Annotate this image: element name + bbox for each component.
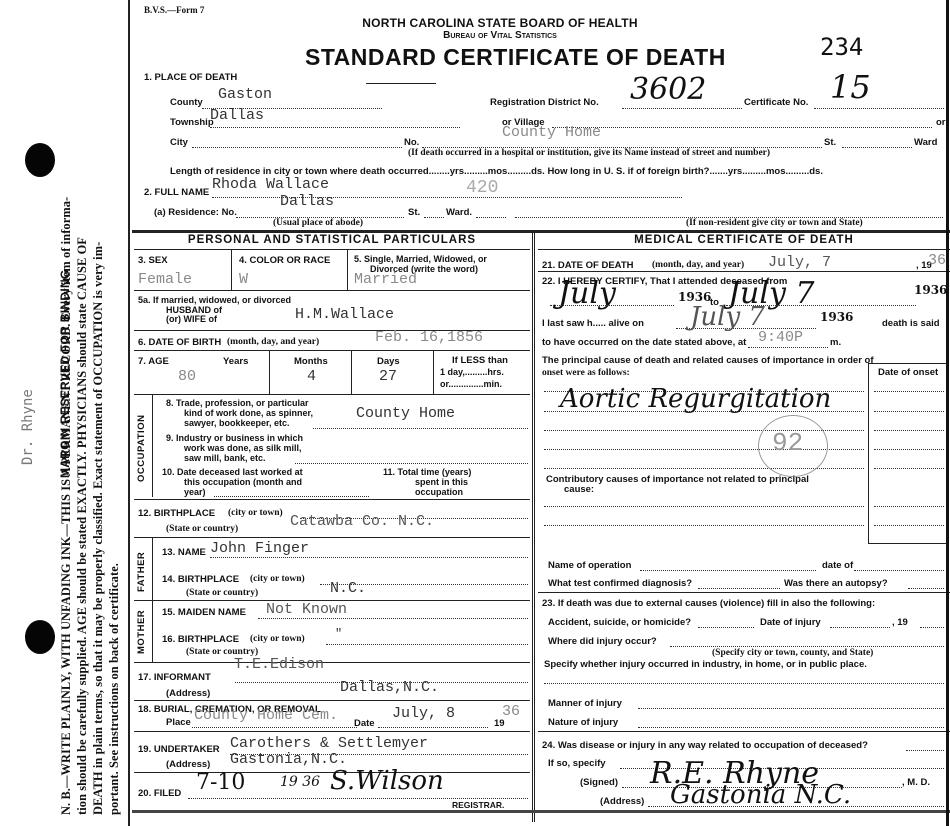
test-line	[698, 588, 780, 589]
principal-cause-label: The principal cause of death and related…	[542, 355, 874, 366]
last-worked-label-3: year)	[184, 487, 206, 497]
mother-name-value[interactable]: Not Known	[266, 601, 347, 618]
reg-district-line	[622, 108, 742, 109]
filed-line	[188, 798, 528, 799]
manner-label: Manner of injury	[548, 698, 622, 709]
occurred-label: to have occurred on the date stated abov…	[542, 337, 746, 348]
total-time-label-2: spent in this	[415, 477, 468, 487]
last-saw-label: I last saw h..... alive on	[542, 318, 644, 329]
county-label: County	[170, 97, 203, 108]
less-than-label: If LESS than	[452, 355, 508, 366]
time-line	[748, 347, 828, 348]
burial-date-value[interactable]: July, 8	[392, 705, 455, 722]
reg-district-value[interactable]: 3602	[630, 72, 706, 107]
operation-date-line	[854, 570, 944, 571]
file-stamp: 420	[466, 178, 498, 198]
ward-line	[842, 147, 912, 148]
city-town-label: (city or town)	[228, 508, 283, 518]
or-label: or	[936, 117, 946, 128]
binding-margin: N. B.—WRITE PLAINLY, WITH UNFADING INK—T…	[0, 0, 128, 826]
divider	[868, 363, 948, 364]
operation-line	[640, 570, 816, 571]
operation-label: Name of operation	[548, 560, 631, 571]
autopsy-line	[908, 588, 944, 589]
accident-line	[698, 627, 754, 628]
total-time-label-3: occupation	[415, 487, 463, 497]
ward-label: Ward	[914, 137, 937, 148]
instructions-line: DEATH in plain terms, so that it may be …	[90, 197, 106, 815]
father-side-label: FATHER	[136, 552, 147, 592]
divider	[351, 351, 352, 395]
marital-value[interactable]: Married	[354, 271, 417, 288]
informant-value[interactable]: T.E.Edison	[234, 656, 324, 673]
instructions-line: portant. See instructions on back of cer…	[106, 197, 122, 815]
bureau-name: Bureau of Vital Statistics	[130, 30, 830, 41]
mother-birthplace-line	[326, 644, 528, 645]
residence-st-line	[424, 217, 444, 218]
mother-side-label: MOTHER	[136, 610, 147, 654]
divider	[231, 250, 232, 290]
institution-value[interactable]: County Home	[502, 124, 601, 141]
injury-year-line	[920, 627, 944, 628]
dod-label: 21. DATE OF DEATH	[542, 260, 634, 271]
injury-date-line	[830, 627, 890, 628]
death-said-label: death is said	[882, 318, 940, 329]
age-months-value[interactable]: 4	[307, 368, 316, 385]
birthplace-label: 12. BIRTHPLACE	[138, 508, 215, 519]
divider	[134, 394, 530, 395]
agency-name: NORTH CAROLINA STATE BOARD OF HEALTH	[130, 16, 830, 30]
time-value[interactable]: 9:40P	[758, 329, 803, 346]
trade-value[interactable]: County Home	[356, 405, 455, 422]
minutes-label: or..............min.	[440, 379, 502, 389]
spouse-label-3: (or) WIFE of	[166, 314, 217, 324]
industry-label: 9. Industry or business in which	[166, 433, 303, 443]
m-label: m.	[830, 337, 841, 348]
stamp-number: 234	[820, 33, 863, 61]
undertaker-label: 19. UNDERTAKER	[138, 744, 220, 755]
trade-label-3: sawyer, bookkeeper, etc.	[184, 418, 290, 428]
township-value[interactable]: Dallas	[210, 107, 264, 124]
divider	[868, 543, 948, 544]
contributory-label-2: cause:	[564, 484, 594, 495]
registrar-label: REGISTRAR.	[452, 800, 504, 810]
attended-from-line	[550, 305, 674, 306]
years-label: Years	[223, 356, 248, 367]
place-of-death-label: 1. PLACE OF DEATH	[144, 72, 237, 83]
specify-injury-label: Specify whether injury occurred in indus…	[544, 659, 867, 670]
md-label: , M. D.	[902, 777, 930, 788]
to-year-value[interactable]: 1936	[914, 283, 947, 297]
test-label: What test confirmed diagnosis?	[548, 578, 692, 589]
informant-label: 17. INFORMANT	[138, 672, 211, 683]
informant-address-value[interactable]: Dallas,N.C.	[340, 679, 439, 696]
total-time-label: 11. Total time (years)	[383, 467, 471, 477]
divider	[134, 700, 530, 701]
burial-date-line	[378, 727, 488, 728]
trade-label-2: kind of work done, as spinner,	[184, 408, 313, 418]
onset-line	[874, 506, 944, 507]
filed-date-value[interactable]: 7-10	[196, 770, 245, 795]
divider	[134, 290, 530, 291]
marital-label: 5. Single, Married, Widowed, or	[354, 254, 487, 264]
city-line	[192, 147, 402, 148]
father-state-country-label: (State or country)	[186, 588, 258, 598]
manner-line	[638, 708, 944, 709]
reg-district-label: Registration District No.	[490, 97, 599, 108]
autopsy-label: Was there an autopsy?	[784, 578, 888, 589]
divider	[134, 350, 530, 351]
divider	[538, 271, 950, 272]
operation-date-label: date of	[822, 560, 853, 571]
occupation-related-label: 24. Was disease or injury in any way rel…	[542, 740, 868, 751]
last-worked-line	[214, 496, 369, 497]
full-name-label: 2. FULL NAME	[144, 187, 209, 198]
father-name-value[interactable]: John Finger	[210, 540, 309, 557]
divider	[269, 351, 270, 395]
certificate-title: STANDARD CERTIFICATE OF DEATH	[305, 44, 726, 71]
instructions-line: tion should be carefully supplied. AGE s…	[74, 197, 90, 815]
filed-year-value[interactable]: 19 36	[280, 774, 320, 790]
onset-line	[874, 391, 944, 392]
binding-note: MARGIN RESERVED FOR BINDING	[58, 269, 72, 478]
accident-label: Accident, suicide, or homicide?	[548, 617, 691, 628]
where-injury-line	[670, 646, 944, 647]
dob-sub-label: (month, day, and year)	[227, 337, 319, 347]
divider	[134, 499, 530, 500]
mother-name-label: 15. MAIDEN NAME	[162, 607, 246, 618]
days-label: Days	[377, 356, 400, 367]
occupation-side-label: OCCUPATION	[136, 415, 147, 482]
onset-line	[874, 525, 944, 526]
undertaker-address-label: (Address)	[166, 759, 210, 770]
race-label: 4. COLOR OR RACE	[239, 255, 330, 266]
contributory-line	[544, 525, 864, 526]
father-name-line	[210, 557, 528, 558]
nature-line	[638, 727, 944, 728]
external-causes-label: 23. If death was due to external causes …	[542, 598, 875, 609]
injury-year-label: , 19	[892, 617, 908, 628]
onset-column-divider	[868, 363, 869, 543]
hours-label: 1 day,.........hrs.	[440, 367, 504, 377]
signed-label: (Signed)	[580, 777, 618, 788]
specify-injury-line	[544, 683, 944, 684]
mother-birthplace-value[interactable]: "	[335, 627, 342, 641]
dob-label: 6. DATE OF BIRTH	[138, 337, 221, 348]
residence-ward-label: Ward.	[446, 207, 472, 218]
age-label: 7. AGE	[138, 356, 169, 367]
trade-label: 8. Trade, profession, or particular	[166, 398, 309, 408]
father-birthplace-label: 14. BIRTHPLACE	[162, 574, 239, 585]
cause-code-value: 92	[772, 428, 803, 458]
if-so-label: If so, specify	[548, 758, 606, 769]
box-top	[132, 230, 950, 233]
burial-place-label: Place	[166, 717, 191, 728]
birthplace-value[interactable]: Catawba Co. N.C.	[290, 513, 434, 530]
onset-line	[874, 411, 944, 412]
mother-birthplace-label: 16. BIRTHPLACE	[162, 634, 239, 645]
principal-cause-label-2: onset were as follows:	[542, 368, 630, 378]
residence-label: (a) Residence: No.	[154, 207, 237, 218]
township-line	[210, 127, 460, 128]
last-worked-label: 10. Date deceased last worked at	[162, 467, 303, 477]
nature-label: Nature of injury	[548, 717, 618, 728]
township-label: Township	[170, 117, 214, 128]
certificate-no-line	[814, 108, 944, 109]
cause-value[interactable]: Aortic Regurgitation	[560, 384, 831, 414]
residence-st-label: St.	[408, 207, 420, 218]
dod-value[interactable]: July, 7	[768, 254, 831, 271]
dod-sub-label: (month, day, and year)	[652, 260, 744, 270]
trade-line	[313, 428, 528, 429]
mother-city-town-label: (city or town)	[250, 634, 305, 644]
divider	[538, 731, 950, 732]
divider	[538, 249, 950, 250]
burial-date-label: Date	[354, 718, 375, 729]
full-name-value[interactable]: Rhoda Wallace	[212, 176, 329, 193]
burial-year-value[interactable]: 36	[502, 703, 520, 720]
residence-value[interactable]: Dallas	[280, 193, 334, 210]
state-country-label: (State or country)	[166, 524, 238, 534]
nonresident-note: (If non-resident give city or town and S…	[686, 218, 863, 228]
divider	[134, 731, 530, 732]
certificate-no-value[interactable]: 15	[830, 68, 871, 106]
informant-address-label: (Address)	[166, 688, 210, 699]
form-id: B.V.S.—Form 7	[144, 5, 204, 15]
sex-value[interactable]: Female	[138, 271, 192, 288]
physician-address-label: (Address)	[600, 796, 644, 807]
burial-place-line	[192, 727, 357, 728]
sex-label: 3. SEX	[138, 255, 168, 266]
months-label: Months	[294, 356, 328, 367]
last-saw-year-value[interactable]: 1936	[820, 310, 853, 324]
st-label: St.	[824, 137, 836, 148]
age-days-value[interactable]: 27	[379, 368, 397, 385]
spouse-value[interactable]: H.M.Wallace	[295, 306, 394, 323]
no-label: No.	[404, 137, 419, 148]
divider	[152, 395, 153, 497]
mother-name-line	[258, 618, 528, 619]
father-name-label: 13. NAME	[162, 547, 206, 558]
punch-hole	[25, 143, 55, 177]
filed-label: 20. FILED	[138, 788, 181, 799]
right-border	[946, 0, 949, 826]
last-saw-value[interactable]: July 7	[690, 302, 765, 332]
industry-line	[295, 463, 528, 464]
divider	[347, 250, 348, 290]
where-injury-label: Where did injury occur?	[548, 636, 657, 647]
personal-section-title: PERSONAL AND STATISTICAL PARTICULARS	[134, 234, 530, 246]
father-birthplace-value[interactable]: N.C.	[330, 580, 366, 597]
medical-section-title: MEDICAL CERTIFICATE OF DEATH	[538, 234, 950, 246]
onset-line	[874, 468, 944, 469]
county-value[interactable]: Gaston	[218, 86, 272, 103]
father-city-town-label: (city or town)	[250, 574, 305, 584]
spouse-label: 5a. If married, widowed, or divorced	[138, 295, 291, 305]
contributory-line	[544, 506, 864, 507]
box-bottom	[132, 810, 950, 813]
abode-note: (Usual place of abode)	[273, 218, 363, 228]
margin-annotation: Dr. Rhyne	[20, 389, 36, 465]
last-worked-label-2: this occupation (month and	[184, 477, 302, 487]
registrar-signature: S.Wilson	[330, 766, 444, 796]
injury-date-label: Date of injury	[760, 617, 821, 628]
divider	[366, 83, 436, 84]
age-years-value[interactable]: 80	[178, 368, 196, 385]
city-label: City	[170, 137, 188, 148]
divider	[134, 249, 530, 250]
onset-line	[874, 430, 944, 431]
where-injury-note: (Specify city or town, county, and State…	[712, 648, 873, 658]
onset-line	[874, 449, 944, 450]
residence-ward-line	[476, 217, 506, 218]
physician-address-value: Gastonia N.C.	[670, 780, 851, 810]
divider	[538, 592, 950, 593]
dod-year-value[interactable]: 36	[928, 252, 946, 269]
village-line	[552, 127, 932, 128]
divider	[134, 537, 530, 538]
date-of-onset-label: Date of onset	[878, 367, 938, 378]
undertaker-value[interactable]: Carothers & Settlemyer	[230, 735, 428, 752]
certificate-no-label: Certificate No.	[744, 97, 808, 108]
punch-hole	[25, 620, 55, 654]
death-certificate: B.V.S.—Form 7 NORTH CAROLINA STATE BOARD…	[128, 0, 950, 826]
divider	[134, 662, 530, 663]
divider	[433, 351, 434, 395]
institution-note: (If death occurred in a hospital or inst…	[408, 148, 770, 158]
dob-value[interactable]: Feb. 16,1856	[375, 329, 483, 346]
column-divider	[532, 230, 535, 822]
occupation-related-line	[906, 750, 944, 751]
industry-label-2: work was done, as silk mill,	[184, 443, 302, 453]
race-value[interactable]: W	[239, 271, 248, 288]
burial-place-value[interactable]: County Home Cem.	[194, 707, 338, 724]
industry-label-3: saw mill, bank, etc.	[184, 453, 266, 463]
